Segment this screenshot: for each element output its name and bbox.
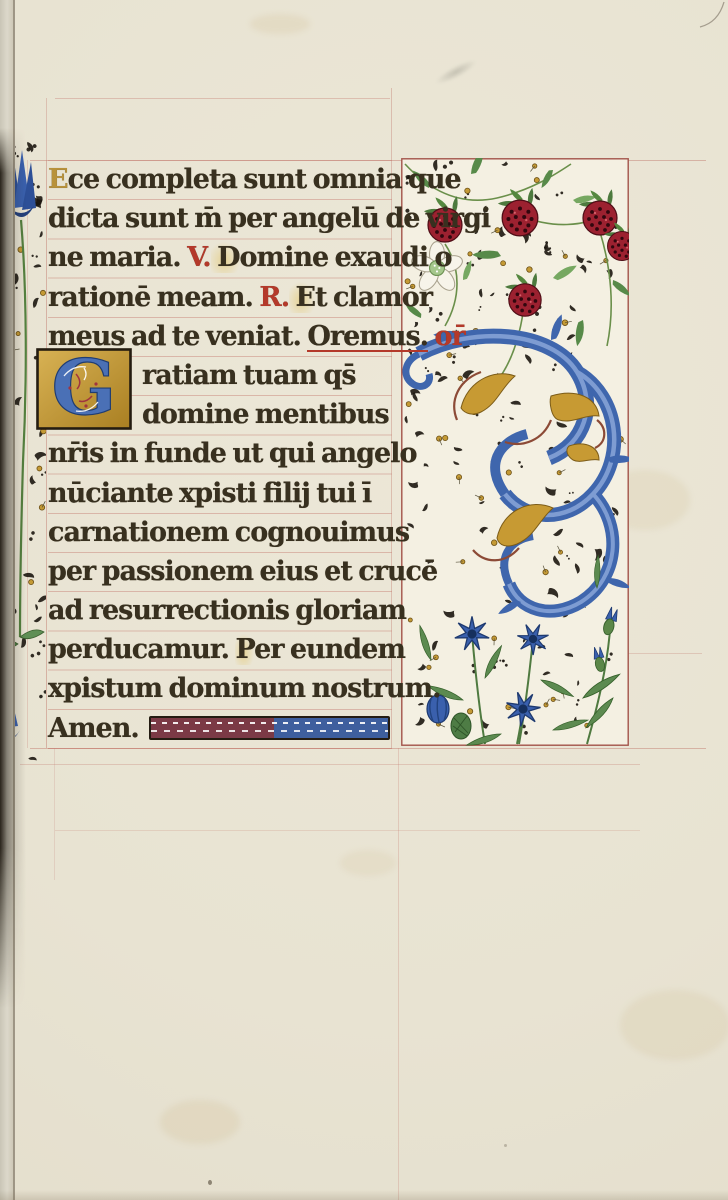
text-segment: omine exaudi o xyxy=(240,242,452,273)
text-line: dicta sunt m̄ per angelū de virgi xyxy=(48,199,392,238)
rubric-abbreviation: or̄ xyxy=(428,321,465,352)
text-segment: carnationem cognouimus xyxy=(48,517,409,548)
text-segment: t clamor xyxy=(315,282,432,313)
gold-initial-e: E xyxy=(48,164,68,195)
ruling-line xyxy=(46,160,47,748)
text-segment: Amen. xyxy=(48,709,139,748)
response-mark: R. xyxy=(259,282,289,313)
washed-capital: P xyxy=(235,634,254,665)
stain xyxy=(160,1100,240,1144)
text-line: nūciante xpisti filij tui ī xyxy=(48,474,392,513)
text-line: rationē meam. R. Et clamor xyxy=(48,278,392,317)
ruling-line xyxy=(55,98,390,99)
ruling-line xyxy=(55,830,640,831)
text-segment: nr̄is in funde ut qui angelo xyxy=(48,438,416,469)
text-line: ne maria. V. Domine exaudi o xyxy=(48,238,392,277)
line-filler-bar xyxy=(149,716,390,740)
washed-capital: D xyxy=(211,242,240,273)
text-segment: perducamur. xyxy=(48,634,235,665)
text-line: ad resurrectionis gloriam xyxy=(48,591,392,630)
ruling-line xyxy=(628,653,702,654)
text-segment: domine mentibus xyxy=(142,399,389,430)
washed-capital: E xyxy=(289,282,315,313)
text-block: Ece completa sunt omnia que dicta sunt m… xyxy=(48,160,392,749)
ruling-line xyxy=(398,748,399,1200)
text-segment: ratiam tuam qs̄ xyxy=(142,360,356,391)
ruling-line xyxy=(46,98,47,160)
gutter-shadow xyxy=(0,128,26,1008)
bottom-edge-shade xyxy=(0,1190,728,1200)
text-segment: ne maria. xyxy=(48,242,187,273)
initial-letter: G xyxy=(52,348,117,430)
stain xyxy=(620,990,728,1060)
text-segment: dicta sunt m̄ per angelū de virgi xyxy=(48,203,490,234)
text-line: carnationem cognouimus xyxy=(48,513,392,552)
versicle-mark: V. xyxy=(187,242,211,273)
text-segment: ad resurrectionis gloriam xyxy=(48,595,406,626)
manuscript-page: Ece completa sunt omnia que dicta sunt m… xyxy=(0,0,728,1200)
text-segment: rationē meam. xyxy=(48,282,259,313)
grey-smudge xyxy=(433,56,479,88)
text-segment: nūciante xpisti filij tui ī xyxy=(48,478,371,509)
text-line: xpistum dominum nostrum. xyxy=(48,669,392,708)
ruling-line xyxy=(20,764,640,765)
stain xyxy=(340,850,396,876)
text-segment: er eundem xyxy=(254,634,405,665)
ink-speck xyxy=(504,1144,507,1147)
rubricated-oremus: Oremus. xyxy=(307,321,428,353)
corner-pen-mark xyxy=(690,0,728,40)
ink-speck xyxy=(208,1180,212,1185)
ruling-line xyxy=(54,748,55,880)
stain xyxy=(250,14,310,34)
text-line: Ece completa sunt omnia que xyxy=(48,160,392,199)
text-line: Amen. xyxy=(48,709,392,748)
text-line: per passionem eius et crucē xyxy=(48,552,392,591)
text-segment: ce completa sunt omnia que xyxy=(68,164,461,195)
text-segment: per passionem eius et crucē xyxy=(48,556,437,587)
text-segment: xpistum dominum nostrum. xyxy=(48,673,441,704)
illuminated-initial: G xyxy=(36,348,132,430)
text-line: perducamur. Per eundem xyxy=(48,630,392,669)
text-line: nr̄is in funde ut qui angelo xyxy=(48,434,392,473)
